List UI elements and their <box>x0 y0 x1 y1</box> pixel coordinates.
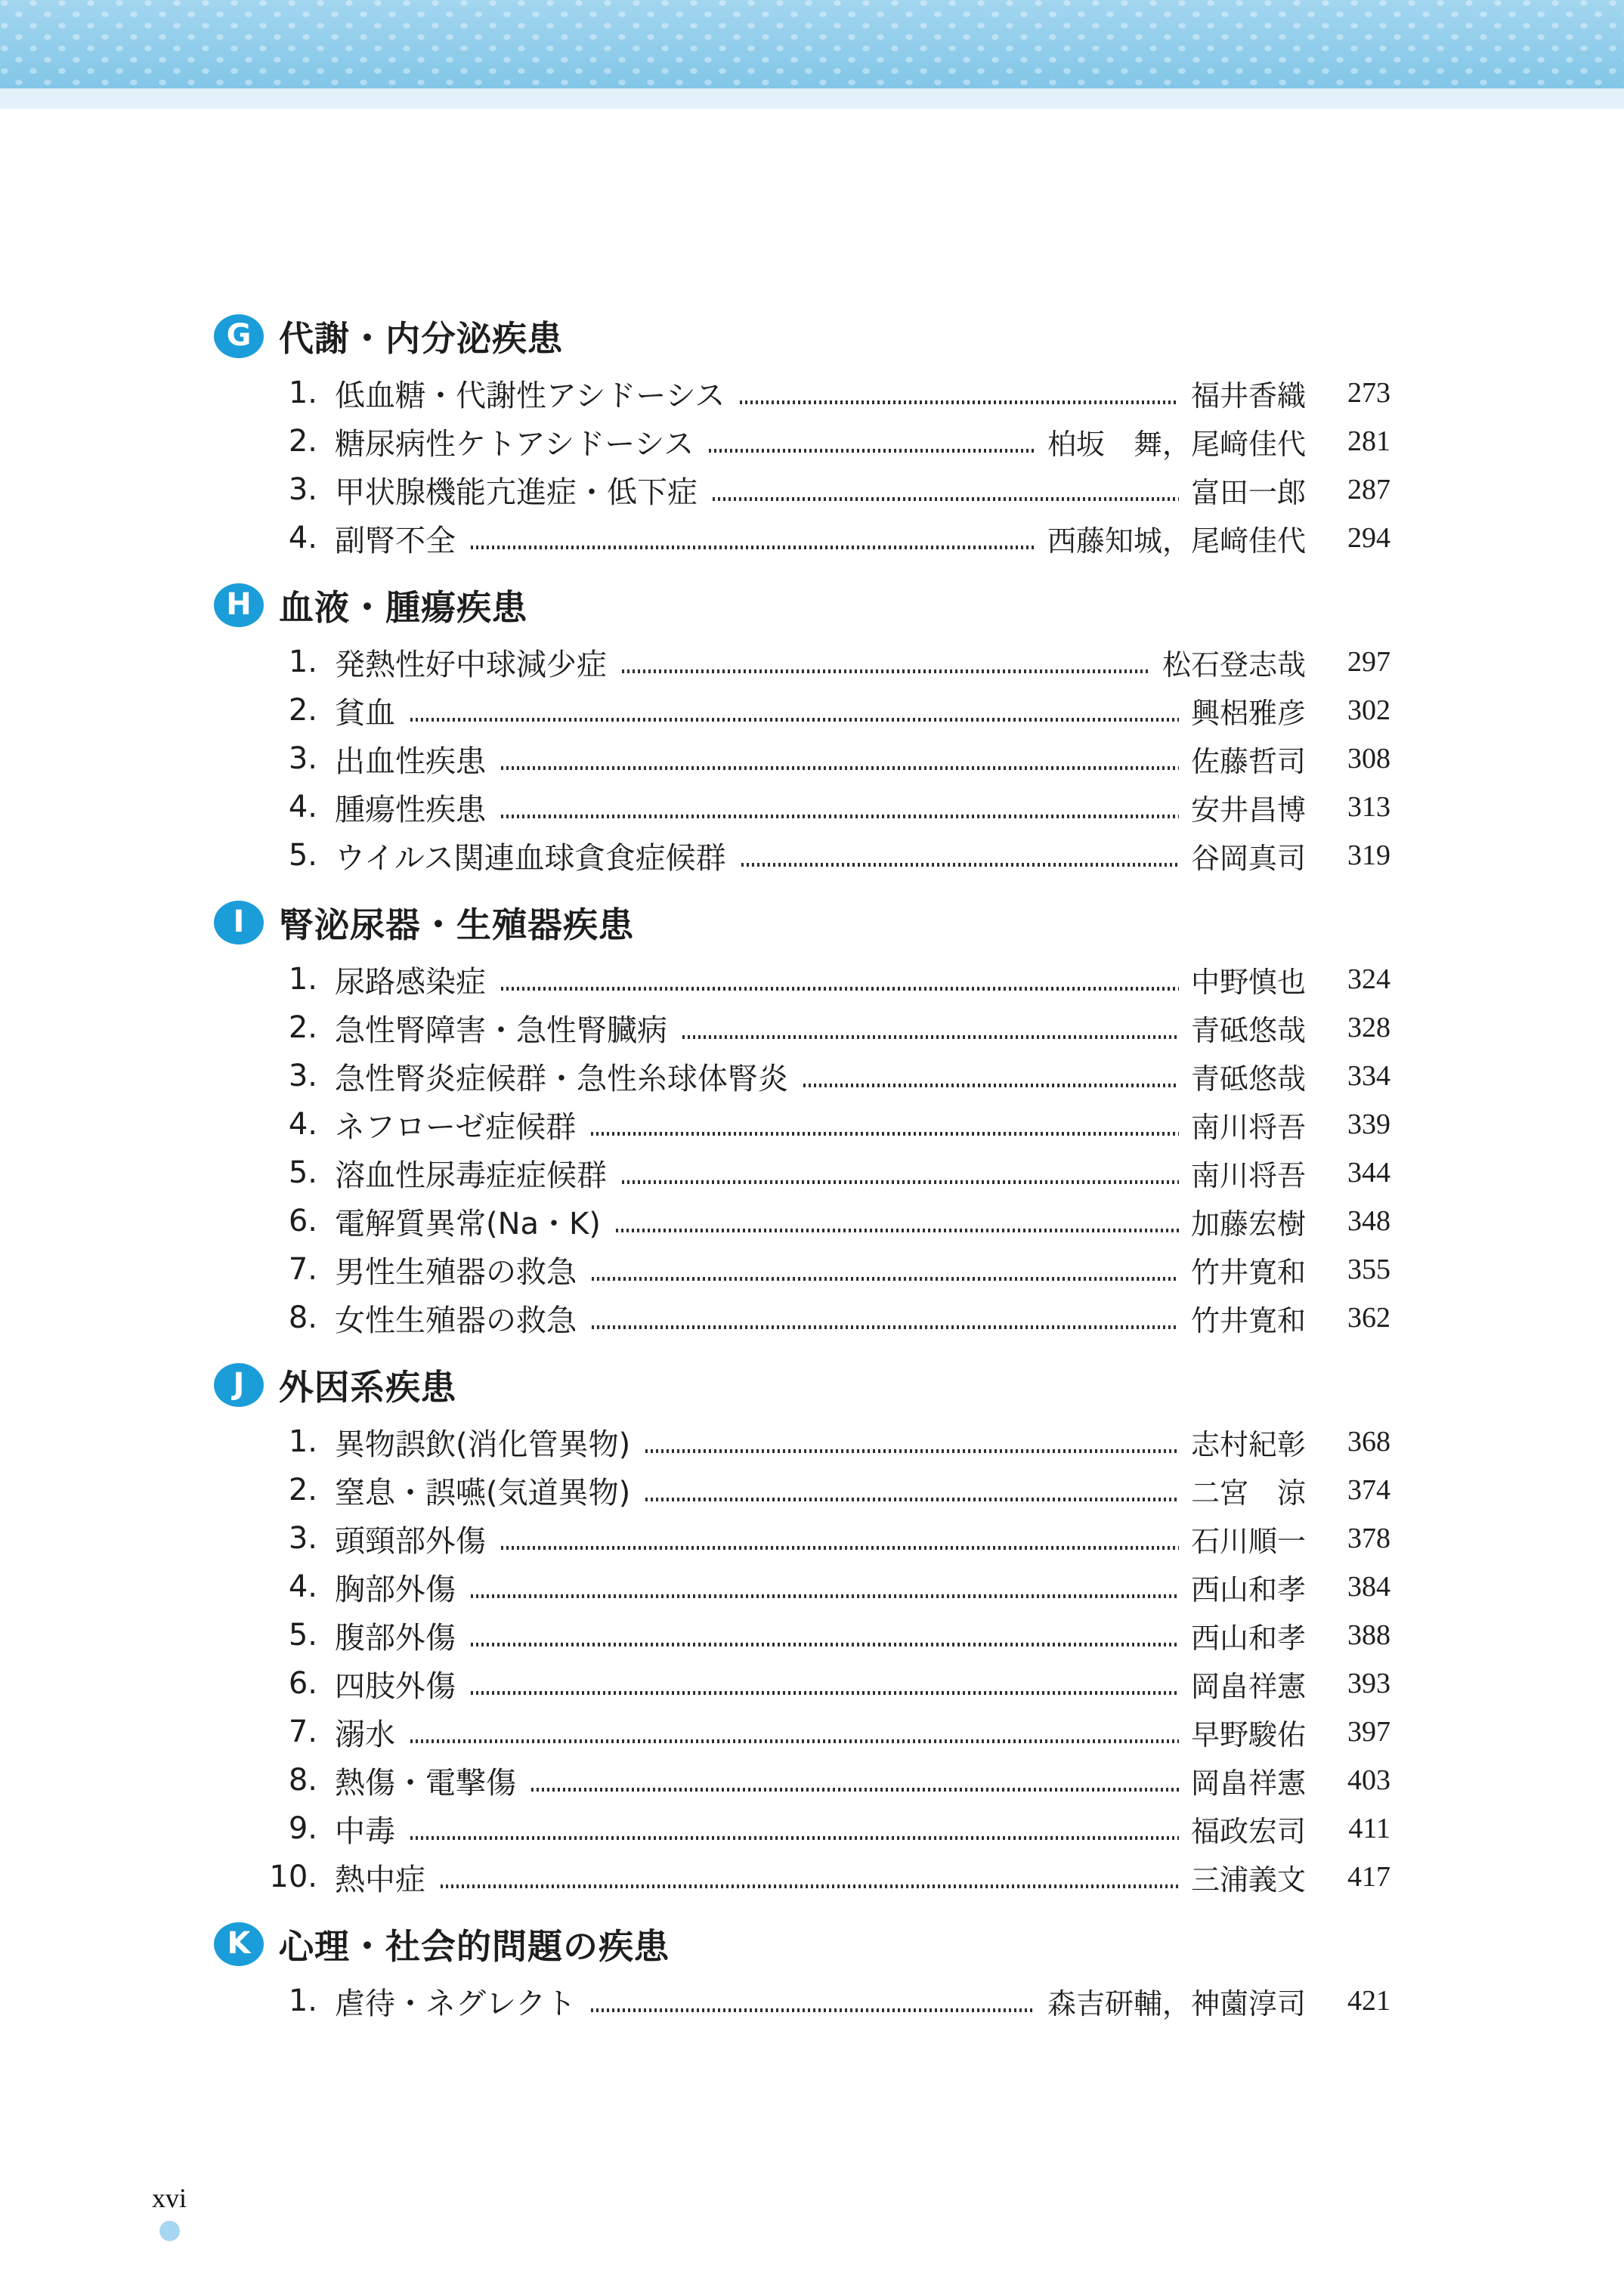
entry-authors: 福政宏司 <box>1191 1808 1306 1850</box>
entry-number: 9. <box>214 1811 317 1846</box>
section-item-list: 1. 発熱性好中球減少症 松石登志哉 297 2. 貧血 興梠雅彦 302 3.… <box>214 638 1390 880</box>
entry-authors: 南川将吾 <box>1191 1152 1306 1194</box>
entry-number: 2. <box>214 1473 317 1507</box>
entry-number: 2. <box>214 424 317 459</box>
entry-authors: 竹井寛和 <box>1191 1249 1306 1291</box>
entry-authors: 石川順一 <box>1191 1518 1306 1560</box>
toc-entry-row: 6. 四肢外傷 岡畠祥憲 393 <box>214 1659 1390 1708</box>
toc-entry-row: 8. 女性生殖器の救急 竹井寛和 362 <box>214 1294 1390 1342</box>
toc-entry-row: 1. 異物誤飲(消化管異物) 志村紀彰 368 <box>214 1418 1390 1466</box>
entry-number: 6. <box>214 1666 317 1701</box>
toc-entry-row: 4. 胸部外傷 西山和孝 384 <box>214 1563 1390 1611</box>
section-badge: J <box>214 1363 264 1407</box>
entry-authors: 西山和孝 <box>1191 1566 1306 1608</box>
entry-page-number: 374 <box>1315 1473 1390 1507</box>
toc-section: K 心理・社会的問題の疾患 1. 虐待・ネグレクト 森吉研輔，神薗淳司 421 <box>214 1912 1390 2025</box>
entry-page-number: 355 <box>1315 1253 1390 1286</box>
entry-page-number: 368 <box>1315 1425 1390 1458</box>
dotted-leader <box>645 1449 1179 1453</box>
entry-title: 四肢外傷 <box>335 1662 456 1705</box>
entry-number: 4. <box>214 790 317 824</box>
toc-entry-row: 1. 低血糖・代謝性アシドーシス 福井香織 273 <box>214 369 1390 417</box>
toc-entry-row: 3. 急性腎炎症候群・急性糸球体腎炎 青砥悠哉 334 <box>214 1052 1390 1100</box>
entry-title: 甲状腺機能亢進症・低下症 <box>335 468 698 512</box>
entry-title: 糖尿病性ケトアシドーシス <box>335 420 694 463</box>
section-header: J 外因系疾患 <box>214 1353 1390 1418</box>
entry-page-number: 339 <box>1315 1108 1390 1141</box>
entry-authors: 早野駿佑 <box>1191 1711 1306 1753</box>
entry-number: 1. <box>214 645 317 679</box>
dotted-leader <box>622 1180 1179 1184</box>
entry-number: 7. <box>214 1252 317 1287</box>
toc-entry-row: 10. 熱中症 三浦義文 417 <box>214 1853 1390 1901</box>
entry-page-number: 297 <box>1315 645 1390 679</box>
entry-title: 窒息・誤嚥(気道異物) <box>335 1469 630 1512</box>
entry-page-number: 273 <box>1315 376 1390 410</box>
entry-number: 1. <box>214 1424 317 1459</box>
entry-page-number: 378 <box>1315 1522 1390 1555</box>
table-of-contents: G 代謝・内分泌疾患 1. 低血糖・代謝性アシドーシス 福井香織 273 2. … <box>214 304 1390 2025</box>
entry-title: 副腎不全 <box>335 517 456 560</box>
entry-page-number: 362 <box>1315 1301 1390 1334</box>
section-badge-letter: K <box>227 1926 251 1961</box>
entry-title: 腹部外傷 <box>335 1614 456 1657</box>
section-title: 代謝・内分泌疾患 <box>279 311 563 361</box>
section-badge: I <box>214 901 264 945</box>
entry-title: 熱中症 <box>335 1856 425 1899</box>
entry-title: ネフローゼ症候群 <box>335 1103 576 1146</box>
dotted-leader <box>616 1229 1179 1232</box>
entry-page-number: 344 <box>1315 1156 1390 1189</box>
entry-authors: 西藤知城，尾﨑佳代 <box>1047 518 1306 559</box>
section-title: 血液・腫瘍疾患 <box>279 580 527 630</box>
section-badge-letter: G <box>227 318 252 353</box>
entry-title: 溺水 <box>335 1711 395 1754</box>
dotted-leader <box>441 1884 1179 1888</box>
entry-number: 1. <box>214 962 317 997</box>
dotted-leader <box>592 1277 1179 1281</box>
dotted-leader <box>713 497 1179 501</box>
entry-page-number: 403 <box>1315 1764 1390 1797</box>
entry-title: 電解質異常(Na・K) <box>335 1200 601 1243</box>
entry-number: 4. <box>214 1569 317 1604</box>
entry-number: 3. <box>214 1059 317 1093</box>
toc-entry-row: 3. 甲状腺機能亢進症・低下症 富田一郎 287 <box>214 465 1390 514</box>
dotted-leader <box>410 1739 1179 1743</box>
entry-page-number: 313 <box>1315 790 1390 824</box>
dotted-leader <box>709 449 1035 453</box>
entry-number: 1. <box>214 376 317 410</box>
entry-page-number: 417 <box>1315 1860 1390 1894</box>
page-number-folio: xvi <box>152 2182 187 2214</box>
toc-entry-row: 7. 溺水 早野駿佑 397 <box>214 1708 1390 1756</box>
entry-authors: 岡畠祥憲 <box>1191 1760 1306 1801</box>
toc-entry-row: 1. 発熱性好中球減少症 松石登志哉 297 <box>214 638 1390 686</box>
entry-title: ウイルス関連血球貪食症候群 <box>335 834 726 877</box>
entry-title: 女性生殖器の救急 <box>335 1297 577 1340</box>
entry-authors: 西山和孝 <box>1191 1615 1306 1656</box>
entry-title: 急性腎障害・急性腎臓病 <box>335 1006 667 1050</box>
entry-page-number: 294 <box>1315 521 1390 555</box>
section-badge: K <box>214 1922 264 1966</box>
entry-authors: 南川将吾 <box>1191 1104 1306 1145</box>
toc-entry-row: 4. 副腎不全 西藤知城，尾﨑佳代 294 <box>214 514 1390 562</box>
entry-number: 2. <box>214 1010 317 1045</box>
toc-entry-row: 4. ネフローゼ症候群 南川将吾 339 <box>214 1100 1390 1149</box>
entry-number: 3. <box>214 1521 317 1556</box>
section-item-list: 1. 虐待・ネグレクト 森吉研輔，神薗淳司 421 <box>214 1977 1390 2025</box>
entry-page-number: 324 <box>1315 963 1390 996</box>
toc-entry-row: 2. 急性腎障害・急性腎臓病 青砥悠哉 328 <box>214 1003 1390 1052</box>
entry-title: 貧血 <box>335 689 395 732</box>
entry-number: 5. <box>214 838 317 873</box>
entry-page-number: 411 <box>1315 1812 1390 1845</box>
entry-page-number: 421 <box>1315 1984 1390 2017</box>
toc-entry-row: 9. 中毒 福政宏司 411 <box>214 1804 1390 1853</box>
section-title: 腎泌尿器・生殖器疾患 <box>279 898 634 948</box>
toc-entry-row: 1. 虐待・ネグレクト 森吉研輔，神薗淳司 421 <box>214 1977 1390 2025</box>
entry-authors: 福井香織 <box>1191 373 1306 414</box>
entry-title: 異物誤飲(消化管異物) <box>335 1421 630 1464</box>
entry-authors: 森吉研輔，神薗淳司 <box>1047 1980 1306 2022</box>
entry-title: 虐待・ネグレクト <box>335 1980 576 2023</box>
entry-authors: 興梠雅彦 <box>1191 690 1306 731</box>
entry-number: 4. <box>214 1107 317 1142</box>
section-item-list: 1. 低血糖・代謝性アシドーシス 福井香織 273 2. 糖尿病性ケトアシドーシ… <box>214 369 1390 562</box>
dotted-leader <box>501 987 1179 991</box>
toc-entry-row: 1. 尿路感染症 中野慎也 324 <box>214 955 1390 1003</box>
entry-title: 急性腎炎症候群・急性糸球体腎炎 <box>335 1055 788 1098</box>
entry-number: 3. <box>214 472 317 507</box>
entry-title: 胸部外傷 <box>335 1566 456 1609</box>
entry-authors: 三浦義文 <box>1191 1857 1306 1898</box>
entry-number: 2. <box>214 693 317 728</box>
toc-page: G 代謝・内分泌疾患 1. 低血糖・代謝性アシドーシス 福井香織 273 2. … <box>0 0 1624 2291</box>
dotted-leader <box>591 1132 1179 1136</box>
entry-authors: 志村紀彰 <box>1191 1421 1306 1463</box>
entry-authors: 岡畠祥憲 <box>1191 1663 1306 1705</box>
decorative-header-band <box>0 0 1624 88</box>
section-badge: H <box>214 583 264 627</box>
entry-authors: 加藤宏樹 <box>1191 1201 1306 1242</box>
section-badge-letter: I <box>234 904 245 939</box>
entry-page-number: 348 <box>1315 1204 1390 1238</box>
toc-entry-row: 5. 溶血性尿毒症症候群 南川将吾 344 <box>214 1149 1390 1197</box>
dotted-leader <box>591 2008 1035 2012</box>
entry-page-number: 388 <box>1315 1619 1390 1652</box>
entry-title: 男性生殖器の救急 <box>335 1248 577 1291</box>
entry-title: 尿路感染症 <box>335 958 486 1001</box>
toc-entry-row: 7. 男性生殖器の救急 竹井寛和 355 <box>214 1245 1390 1294</box>
section-header: K 心理・社会的問題の疾患 <box>214 1912 1390 1977</box>
entry-title: 中毒 <box>335 1807 395 1850</box>
entry-page-number: 287 <box>1315 473 1390 506</box>
entry-authors: 柏坂 舞，尾﨑佳代 <box>1047 421 1306 462</box>
entry-number: 1. <box>214 1983 317 2018</box>
dotted-leader <box>622 669 1150 673</box>
toc-entry-row: 3. 出血性疾患 佐藤哲司 308 <box>214 734 1390 783</box>
entry-title: 頭頸部外傷 <box>335 1517 486 1560</box>
section-item-list: 1. 異物誤飲(消化管異物) 志村紀彰 368 2. 窒息・誤嚥(気道異物) 二… <box>214 1418 1390 1901</box>
dotted-leader <box>471 546 1035 549</box>
entry-page-number: 384 <box>1315 1570 1390 1603</box>
decorative-header-strip <box>0 88 1624 109</box>
dotted-leader <box>410 1836 1179 1840</box>
section-title: 心理・社会的問題の疾患 <box>279 1919 670 1969</box>
entry-number: 4. <box>214 521 317 555</box>
entry-page-number: 281 <box>1315 425 1390 458</box>
dotted-leader <box>645 1498 1179 1501</box>
entry-authors: 松石登志哉 <box>1162 642 1306 683</box>
toc-entry-row: 2. 窒息・誤嚥(気道異物) 二宮 涼 374 <box>214 1466 1390 1514</box>
dotted-leader <box>471 1691 1179 1695</box>
dotted-leader <box>501 766 1179 770</box>
toc-section: J 外因系疾患 1. 異物誤飲(消化管異物) 志村紀彰 368 2. 窒息・誤嚥… <box>214 1353 1390 1901</box>
toc-entry-row: 3. 頭頸部外傷 石川順一 378 <box>214 1514 1390 1563</box>
entry-authors: 佐藤哲司 <box>1191 738 1306 780</box>
section-title: 外因系疾患 <box>279 1360 456 1410</box>
entry-authors: 富田一郎 <box>1191 469 1306 511</box>
section-header: I 腎泌尿器・生殖器疾患 <box>214 890 1390 955</box>
dotted-leader <box>740 400 1179 404</box>
entry-number: 5. <box>214 1155 317 1190</box>
dotted-leader <box>410 718 1179 722</box>
entry-number: 3. <box>214 741 317 776</box>
dotted-leader <box>803 1084 1179 1087</box>
toc-entry-row: 5. ウイルス関連血球貪食症候群 谷岡真司 319 <box>214 831 1390 880</box>
entry-page-number: 308 <box>1315 742 1390 775</box>
entry-title: 低血糖・代謝性アシドーシス <box>335 372 725 415</box>
entry-page-number: 302 <box>1315 694 1390 727</box>
entry-title: 熱傷・電撃傷 <box>335 1759 516 1802</box>
section-item-list: 1. 尿路感染症 中野慎也 324 2. 急性腎障害・急性腎臓病 青砥悠哉 32… <box>214 955 1390 1342</box>
entry-authors: 青砥悠哉 <box>1191 1007 1306 1049</box>
toc-section: I 腎泌尿器・生殖器疾患 1. 尿路感染症 中野慎也 324 2. 急性腎障害・… <box>214 890 1390 1342</box>
section-header: G 代謝・内分泌疾患 <box>214 304 1390 369</box>
section-header: H 血液・腫瘍疾患 <box>214 573 1390 638</box>
entry-number: 6. <box>214 1204 317 1238</box>
toc-entry-row: 2. 貧血 興梠雅彦 302 <box>214 686 1390 734</box>
dotted-leader <box>471 1643 1179 1646</box>
toc-section: H 血液・腫瘍疾患 1. 発熱性好中球減少症 松石登志哉 297 2. 貧血 興… <box>214 573 1390 880</box>
entry-page-number: 328 <box>1315 1011 1390 1044</box>
dotted-leader <box>531 1788 1179 1792</box>
entry-title: 腫瘍性疾患 <box>335 786 486 829</box>
dotted-leader <box>592 1325 1179 1329</box>
entry-page-number: 393 <box>1315 1667 1390 1700</box>
entry-authors: 谷岡真司 <box>1191 835 1306 877</box>
entry-number: 10. <box>214 1860 317 1894</box>
folio-dot <box>159 2221 180 2241</box>
dotted-leader <box>501 1546 1179 1550</box>
entry-authors: 竹井寛和 <box>1191 1297 1306 1339</box>
toc-entry-row: 2. 糖尿病性ケトアシドーシス 柏坂 舞，尾﨑佳代 281 <box>214 417 1390 465</box>
entry-number: 5. <box>214 1618 317 1653</box>
toc-entry-row: 4. 腫瘍性疾患 安井昌博 313 <box>214 783 1390 831</box>
entry-authors: 中野慎也 <box>1191 959 1306 1000</box>
entry-authors: 二宮 涼 <box>1191 1470 1306 1511</box>
entry-page-number: 319 <box>1315 839 1390 872</box>
entry-number: 7. <box>214 1714 317 1749</box>
section-badge: G <box>214 314 264 358</box>
section-badge-letter: H <box>226 587 251 622</box>
dotted-leader <box>682 1035 1179 1039</box>
dotted-leader <box>501 815 1179 818</box>
section-badge-letter: J <box>234 1367 245 1402</box>
entry-title: 溶血性尿毒症症候群 <box>335 1152 607 1195</box>
entry-number: 8. <box>214 1300 317 1335</box>
toc-entry-row: 8. 熱傷・電撃傷 岡畠祥憲 403 <box>214 1756 1390 1804</box>
toc-entry-row: 5. 腹部外傷 西山和孝 388 <box>214 1611 1390 1659</box>
entry-page-number: 334 <box>1315 1059 1390 1093</box>
toc-entry-row: 6. 電解質異常(Na・K) 加藤宏樹 348 <box>214 1197 1390 1245</box>
entry-title: 発熱性好中球減少症 <box>335 641 607 684</box>
entry-authors: 安井昌博 <box>1191 787 1306 828</box>
entry-authors: 青砥悠哉 <box>1191 1056 1306 1097</box>
entry-page-number: 397 <box>1315 1715 1390 1748</box>
entry-title: 出血性疾患 <box>335 737 486 781</box>
dotted-leader <box>741 863 1179 867</box>
dotted-leader <box>471 1594 1179 1598</box>
entry-number: 8. <box>214 1763 317 1798</box>
toc-section: G 代謝・内分泌疾患 1. 低血糖・代謝性アシドーシス 福井香織 273 2. … <box>214 304 1390 562</box>
